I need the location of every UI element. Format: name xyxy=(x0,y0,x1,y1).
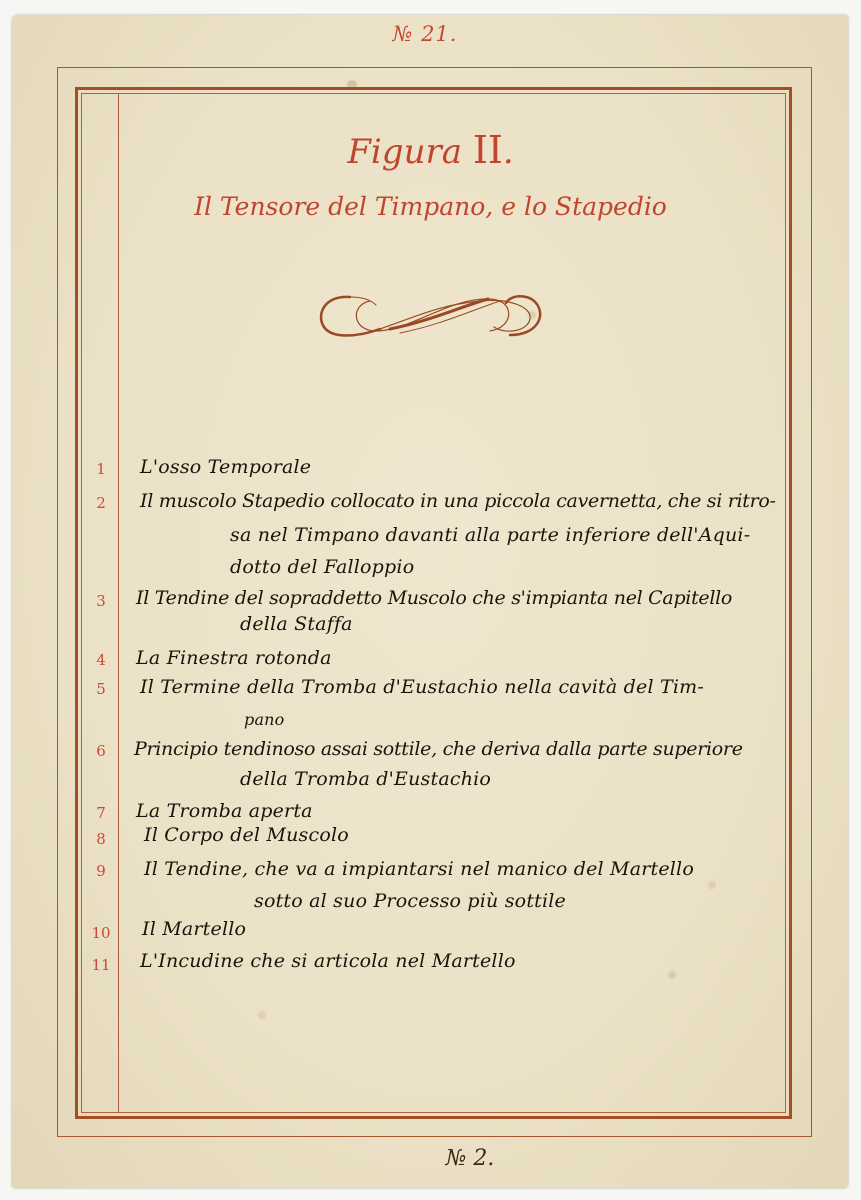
legend-number: 9 xyxy=(86,862,116,880)
legend-number: 3 xyxy=(86,592,116,610)
legend-text: Il Termine della Tromba d'Eustachio nell… xyxy=(140,676,704,698)
legend-text: dotto del Falloppio xyxy=(230,556,414,578)
legend-number: 1 xyxy=(86,460,116,478)
legend-text: Il Tendine del sopraddetto Muscolo che s… xyxy=(136,587,732,609)
legend-number: 6 xyxy=(86,742,116,760)
legend-number: 4 xyxy=(86,651,116,669)
legend-text: Principio tendinoso assai sottile, che d… xyxy=(134,738,743,760)
legend-text: L'Incudine che si articola nel Martello xyxy=(140,950,516,972)
legend-number: 7 xyxy=(86,804,116,822)
legend-text: Il muscolo Stapedio collocato in una pic… xyxy=(140,490,776,512)
legend-number: 8 xyxy=(86,830,116,848)
figure-legend: 1 L'osso Temporale 2 Il muscolo Stapedio… xyxy=(0,0,861,1200)
legend-text: La Finestra rotonda xyxy=(136,647,332,669)
legend-text: Il Corpo del Muscolo xyxy=(144,824,349,846)
legend-text: sotto al suo Processo più sottile xyxy=(254,890,566,912)
legend-text: della Tromba d'Eustachio xyxy=(240,768,491,790)
legend-text: Il Tendine, che va a impiantarsi nel man… xyxy=(144,858,694,880)
legend-number: 11 xyxy=(86,956,116,974)
legend-number: 10 xyxy=(86,924,116,942)
legend-text: L'osso Temporale xyxy=(140,456,311,478)
legend-text: sa nel Timpano davanti alla parte inferi… xyxy=(230,524,750,546)
legend-text: pano xyxy=(244,710,285,729)
legend-number: 2 xyxy=(86,494,116,512)
legend-text: della Staffa xyxy=(240,613,353,635)
catchword-number: № 2. xyxy=(420,1146,520,1171)
legend-number: 5 xyxy=(86,680,116,698)
legend-text: Il Martello xyxy=(142,918,246,940)
legend-text: La Tromba aperta xyxy=(136,800,313,822)
